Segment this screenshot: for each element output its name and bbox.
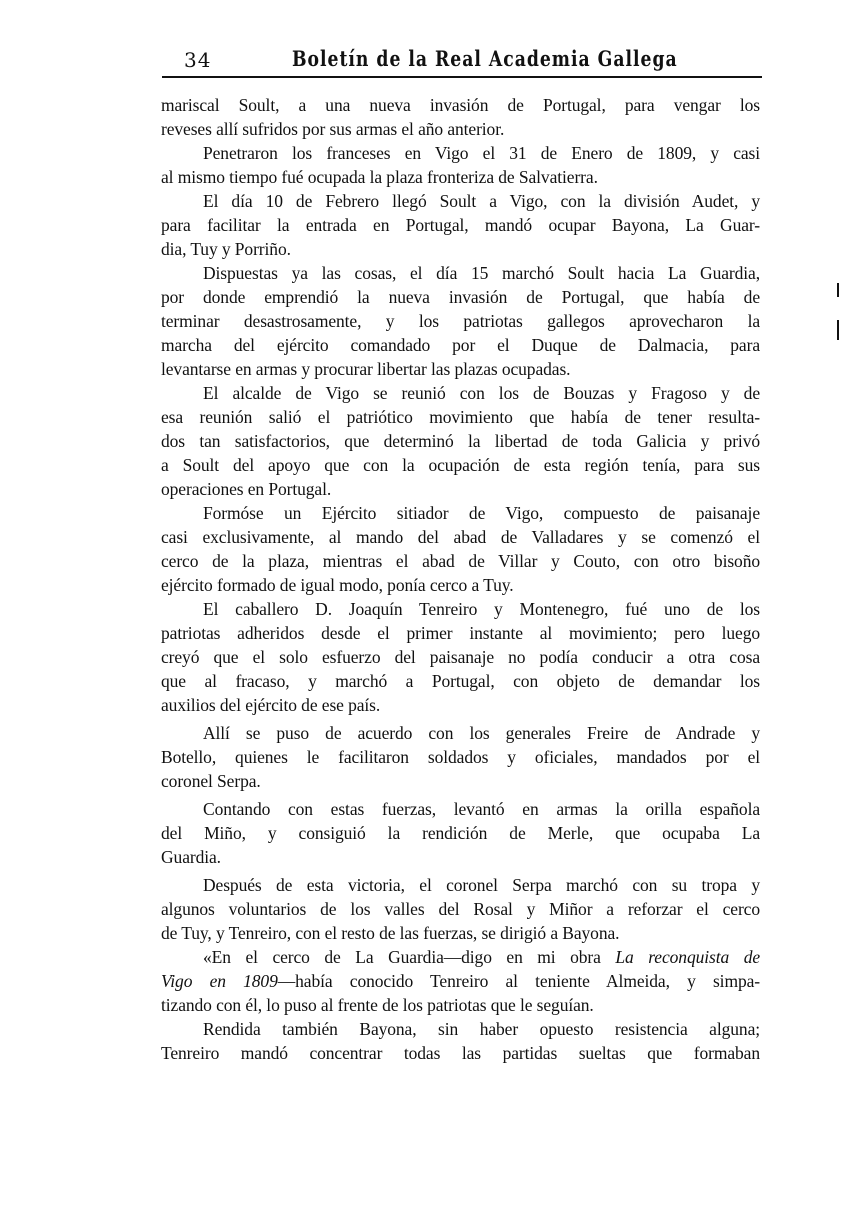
- text-line: Rendida también Bayona, sin haber opuest…: [161, 1017, 760, 1041]
- text-line: tizando con él, lo puso al frente de los…: [161, 993, 760, 1017]
- text-line: creyó que el solo esfuerzo del paisanaje…: [161, 645, 760, 669]
- text-line: casi exclusivamente, al mando del abad d…: [161, 525, 760, 549]
- book-title-italic: Vigo en 1809: [161, 971, 278, 991]
- text-line: El caballero D. Joaquín Tenreiro y Monte…: [161, 597, 760, 621]
- text-line: Después de esta victoria, el coronel Ser…: [161, 873, 760, 897]
- text-line: El alcalde de Vigo se reunió con los de …: [161, 381, 760, 405]
- header-rule: [162, 76, 762, 78]
- text-line: auxilios del ejército de ese país.: [161, 693, 760, 717]
- text-line: ejército formado de igual modo, ponía ce…: [161, 573, 760, 597]
- text-line: Dispuestas ya las cosas, el día 15 march…: [161, 261, 760, 285]
- page-number: 34: [184, 48, 211, 72]
- book-title-italic: La reconquista de: [615, 947, 760, 967]
- text-line: algunos voluntarios de los valles del Ro…: [161, 897, 760, 921]
- text-line: Contando con estas fuerzas, levantó en a…: [161, 797, 760, 821]
- text-line: a Soult del apoyo que con la ocupación d…: [161, 453, 760, 477]
- text-line: Guardia.: [161, 845, 760, 869]
- text-line: Allí se puso de acuerdo con los generale…: [161, 721, 760, 745]
- text-line-with-citation: «En el cerco de La Guardia—digo en mi ob…: [161, 945, 760, 969]
- text-line: dos tan satisfactorios, que determinó la…: [161, 429, 760, 453]
- text-line: cerco de la plaza, mientras el abad de V…: [161, 549, 760, 573]
- running-title: Boletín de la Real Academia Gallega: [292, 46, 678, 71]
- document-page: 34 Boletín de la Real Academia Gallega m…: [0, 0, 850, 1226]
- quote-text: —había conocido Tenreiro al teniente Alm…: [278, 971, 760, 991]
- text-line: por donde emprendió la nueva invasión de…: [161, 285, 760, 309]
- text-line: marcha del ejército comandado por el Duq…: [161, 333, 760, 357]
- text-line: Formóse un Ejército sitiador de Vigo, co…: [161, 501, 760, 525]
- text-line-with-citation: Vigo en 1809—había conocido Tenreiro al …: [161, 969, 760, 993]
- text-line: levantarse en armas y procurar libertar …: [161, 357, 760, 381]
- body-text: mariscal Soult, a una nueva invasión de …: [161, 93, 760, 1065]
- text-line: operaciones en Portugal.: [161, 477, 760, 501]
- text-line: Botello, quienes le facilitaron soldados…: [161, 745, 760, 769]
- margin-mark: [837, 320, 839, 340]
- margin-mark: [837, 283, 839, 297]
- page-header: 34 Boletín de la Real Academia Gallega: [160, 46, 764, 76]
- text-line: coronel Serpa.: [161, 769, 760, 793]
- text-line: terminar desastrosamente, y los patriota…: [161, 309, 760, 333]
- quote-text: «En el cerco de La Guardia—digo en mi ob…: [203, 947, 615, 967]
- text-line: mariscal Soult, a una nueva invasión de …: [161, 93, 760, 117]
- text-line: del Miño, y consiguió la rendición de Me…: [161, 821, 760, 845]
- text-line: para facilitar la entrada en Portugal, m…: [161, 213, 760, 237]
- text-line: Tenreiro mandó concentrar todas las part…: [161, 1041, 760, 1065]
- text-line: esa reunión salió el patriótico movimien…: [161, 405, 760, 429]
- text-line: al mismo tiempo fué ocupada la plaza fro…: [161, 165, 760, 189]
- text-line: patriotas adheridos desde el primer inst…: [161, 621, 760, 645]
- text-line: reveses allí sufridos por sus armas el a…: [161, 117, 760, 141]
- text-line: Penetraron los franceses en Vigo el 31 d…: [161, 141, 760, 165]
- text-line: El día 10 de Febrero llegó Soult a Vigo,…: [161, 189, 760, 213]
- text-line: dia, Tuy y Porriño.: [161, 237, 760, 261]
- text-line: de Tuy, y Tenreiro, con el resto de las …: [161, 921, 760, 945]
- text-line: que al fracaso, y marchó a Portugal, con…: [161, 669, 760, 693]
